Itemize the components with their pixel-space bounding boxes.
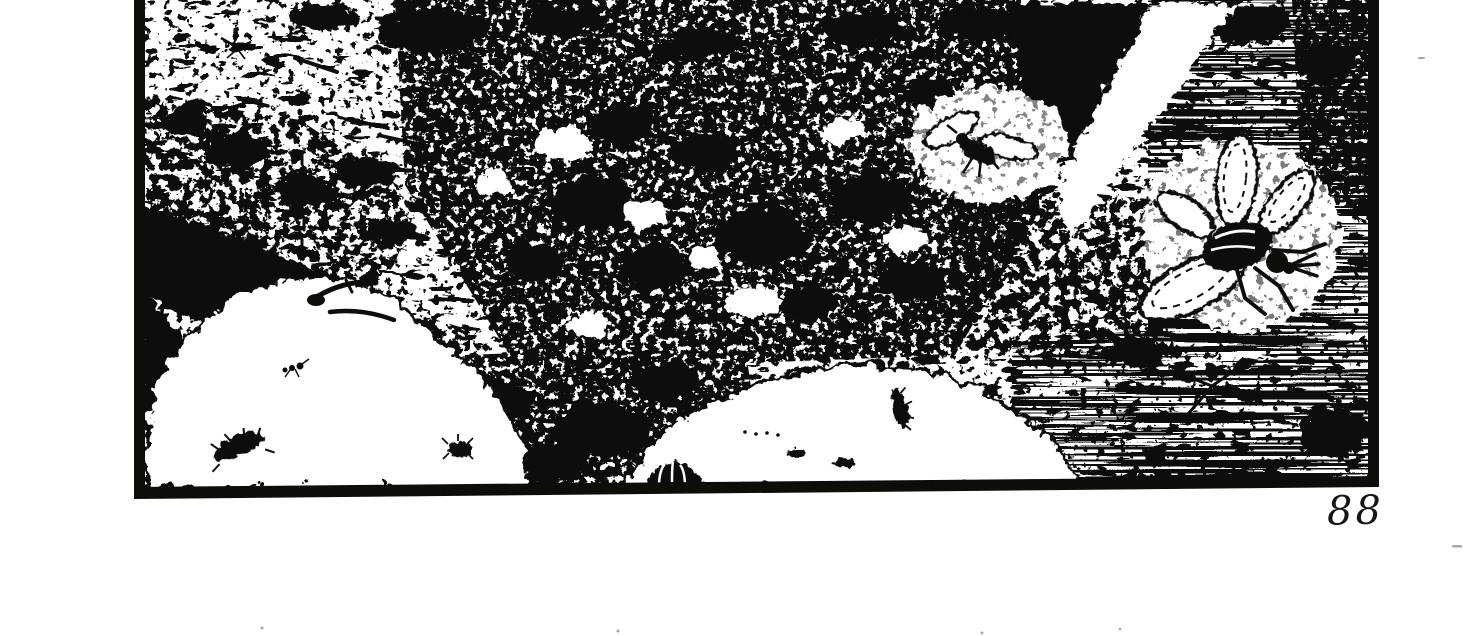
frame-border-left [134, 0, 145, 499]
page-number: 88 [1327, 488, 1385, 533]
engraving-svg [0, 0, 1484, 636]
engraving-interior [137, 0, 1370, 487]
engraving-figure [0, 0, 1484, 636]
book-page: 88 [0, 0, 1484, 636]
frame-border-right [1368, 0, 1379, 486]
